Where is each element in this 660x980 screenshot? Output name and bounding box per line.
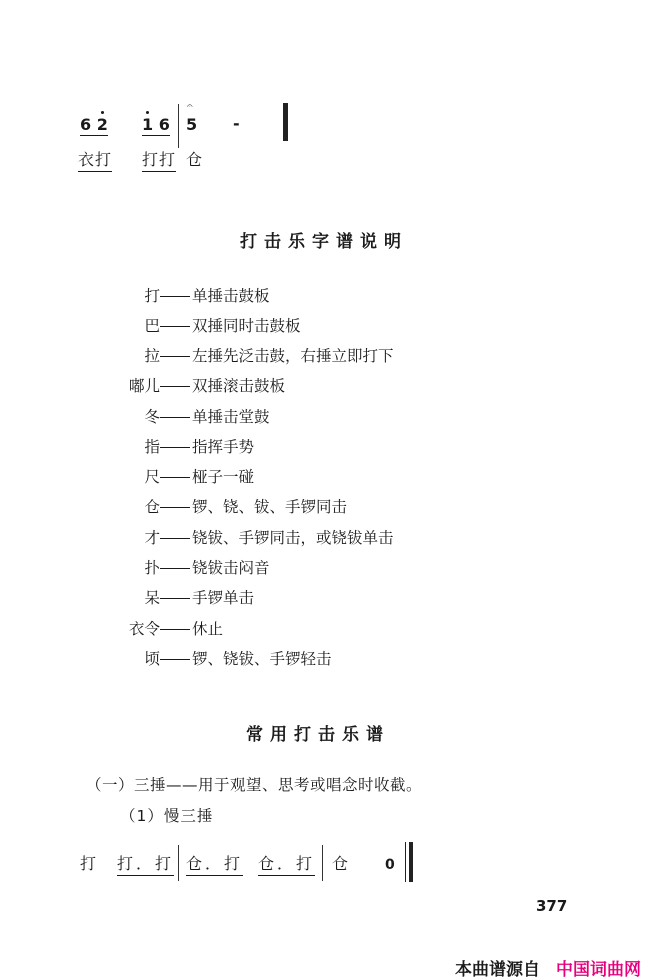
beat-4: 仓．打 [258,855,315,876]
fermata-icon: 𝄐 [187,101,193,112]
legend-meaning: 锣、铙、钹、手锣同击 [192,498,347,516]
rest-zero: 0 [385,857,395,873]
legend-item: 扑铙钹击闷音 [118,556,270,576]
legend-meaning: 手锣单击 [192,589,254,607]
beat-5: 仓 [332,855,349,873]
dash [160,598,190,599]
end-bar-line [283,103,288,141]
legend-meaning: 左捶先泛击鼓，右捶立即打下 [192,347,394,365]
legend-item: 才铙钹、手锣同击，或铙钹单击 [118,526,394,546]
sub-item-title: （1）慢三捶 [120,807,213,825]
dash [160,296,190,297]
bar-line [178,104,179,148]
source-label: 本曲谱源自 [455,960,540,980]
legend-item: 顷锣、铙钹、手锣轻击 [118,647,332,667]
legend-meaning: 桠子一碰 [192,468,254,486]
end-bar-thick [409,842,413,882]
bar-line [322,845,323,881]
legend-item: 呆手锣单击 [118,586,254,606]
beat-3: 仓．打 [186,855,243,876]
legend-item: 打单捶击鼓板 [118,284,270,304]
legend-symbol: 拉 [118,344,166,366]
brand-link[interactable]: 中国词曲网 [556,960,641,980]
dash [160,417,190,418]
dash [160,356,190,357]
end-bar-thin [405,842,406,882]
legend-symbol: 呆 [118,586,166,608]
legend-symbol: 顷 [118,647,166,669]
legend-symbol: 才 [118,526,166,548]
beat-1: 打 [80,855,97,873]
legend-meaning: 铙钹击闷音 [192,559,270,577]
legend-item: 巴双捶同时击鼓板 [118,314,301,334]
legend-item: 指指挥手势 [118,435,254,455]
legend-meaning: 铙钹、手锣同击，或铙钹单击 [192,529,394,547]
legend-item: 嘟儿双捶滚击鼓板 [118,374,285,394]
lyric-3: 仓 [186,151,203,169]
legend-item: 仓锣、铙、钹、手锣同击 [118,495,347,515]
note-group-62: 6 2 [80,117,108,136]
legend-meaning: 双捶滚击鼓板 [192,377,285,395]
note-dash: - [233,116,240,132]
lyric-2: 打打 [142,151,176,172]
page-number: 377 [536,897,567,915]
dash [160,326,190,327]
dash [160,629,190,630]
legend-symbol: 打 [118,284,166,306]
legend-meaning: 休止 [192,620,223,638]
dash [160,538,190,539]
watermark-footer: 本曲谱源自中国词曲网 [455,955,641,980]
legend-symbol: 尺 [118,465,166,487]
legend-symbol: 嘟儿 [118,374,166,396]
legend-symbol: 仓 [118,495,166,517]
section-title-legend: 打击乐字谱说明 [240,227,408,252]
note-group-16: 1 6 [142,117,170,136]
legend-item: 冬单捶击堂鼓 [118,405,270,425]
legend-symbol: 扑 [118,556,166,578]
bar-line [178,845,179,881]
dash [160,386,190,387]
dash [160,447,190,448]
legend-item: 拉左捶先泛击鼓，右捶立即打下 [118,344,394,364]
beat-2: 打．打 [117,855,174,876]
legend-symbol: 指 [118,435,166,457]
note-5-fermata: 5 [186,117,197,133]
dash [160,568,190,569]
legend-symbol: 衣令 [118,617,166,639]
legend-symbol: 巴 [118,314,166,336]
legend-item: 尺桠子一碰 [118,465,254,485]
dash [160,477,190,478]
legend-meaning: 双捶同时击鼓板 [192,317,301,335]
legend-meaning: 单捶击鼓板 [192,287,270,305]
legend-meaning: 锣、铙钹、手锣轻击 [192,650,332,668]
legend-symbol: 冬 [118,405,166,427]
dash [160,507,190,508]
legend-meaning: 指挥手势 [192,438,254,456]
section-title-common: 常用打击乐谱 [246,720,390,745]
lyric-1: 衣打 [78,151,112,172]
item-1-description: （一）三捶——用于观望、思考或唱念时收截。 [86,776,422,794]
legend-meaning: 单捶击堂鼓 [192,408,270,426]
legend-item: 衣令休止 [118,617,223,637]
dash [160,659,190,660]
